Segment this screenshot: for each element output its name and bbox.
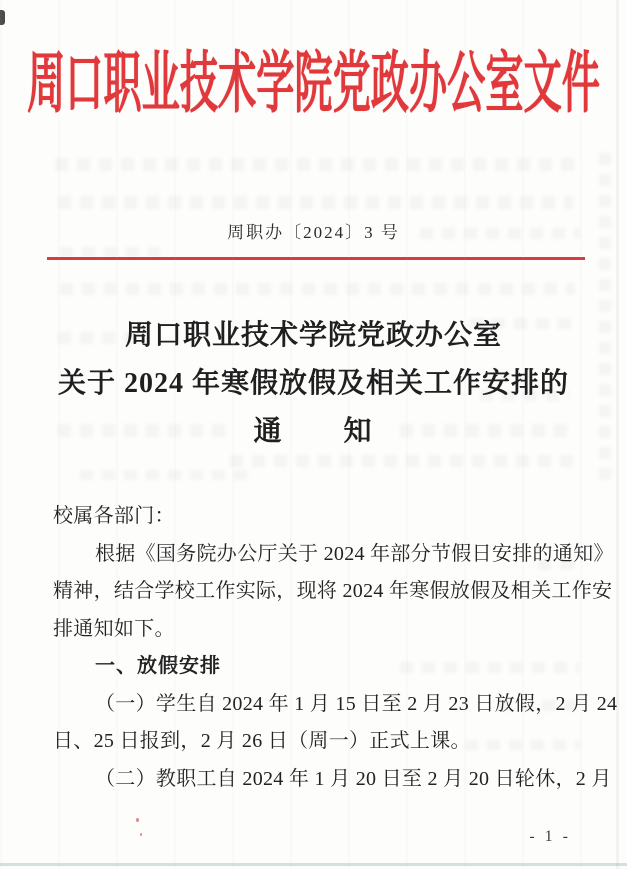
document-letterhead: 周口职业技术学院党政办公室文件	[0, 42, 627, 126]
scan-right-edge-shade	[616, 0, 619, 869]
bleed-through-artifact	[230, 455, 575, 467]
body-line: （二）教职工自 2024 年 1 月 20 日至 2 月 20 日轮休，2 月	[53, 761, 578, 799]
scan-corner-artifact	[0, 10, 5, 25]
bleed-through-artifact	[80, 470, 250, 480]
letterhead-title: 周口职业技术学院党政办公室文件	[27, 44, 600, 124]
bleed-through-artifact	[60, 283, 575, 295]
body-section-heading: 一、放假安排	[53, 648, 578, 686]
ink-speck-artifact	[136, 818, 139, 822]
body-line-salutation: 校属各部门：	[53, 498, 578, 536]
body-line: 根据《国务院办公厅关于 2024 年部分节假日安排的通知》	[53, 536, 578, 574]
title-line-1: 周口职业技术学院党政办公室	[0, 312, 627, 360]
title-line-2: 关于 2024 年寒假放假及相关工作安排的	[0, 360, 627, 408]
bleed-through-artifact	[55, 158, 575, 171]
document-title-block: 周口职业技术学院党政办公室 关于 2024 年寒假放假及相关工作安排的 通 知	[0, 312, 627, 456]
body-line: 排通知如下。	[53, 611, 578, 649]
red-separator-line	[47, 257, 585, 260]
bleed-through-artifact	[58, 196, 573, 209]
scanned-document-page: 周口职业技术学院党政办公室文件 周职办〔2024〕3 号 周口职业技术学院党政办…	[0, 0, 627, 869]
body-line: （一）学生自 2024 年 1 月 15 日至 2 月 23 日放假，2 月 2…	[53, 686, 578, 724]
scan-bottom-edge	[0, 863, 627, 866]
page-number: - 1 -	[529, 828, 571, 846]
document-body: 校属各部门： 根据《国务院办公厅关于 2024 年部分节假日安排的通知》 精神，…	[53, 498, 578, 798]
title-line-3: 通 知	[0, 408, 627, 456]
body-line: 日、25 日报到，2 月 26 日（周一）正式上课。	[53, 723, 578, 761]
body-line: 精神，结合学校工作实际，现将 2024 年寒假放假及相关工作安	[53, 573, 578, 611]
document-number: 周职办〔2024〕3 号	[0, 218, 627, 243]
bleed-through-artifact	[60, 247, 160, 257]
ink-speck-artifact	[140, 833, 142, 836]
